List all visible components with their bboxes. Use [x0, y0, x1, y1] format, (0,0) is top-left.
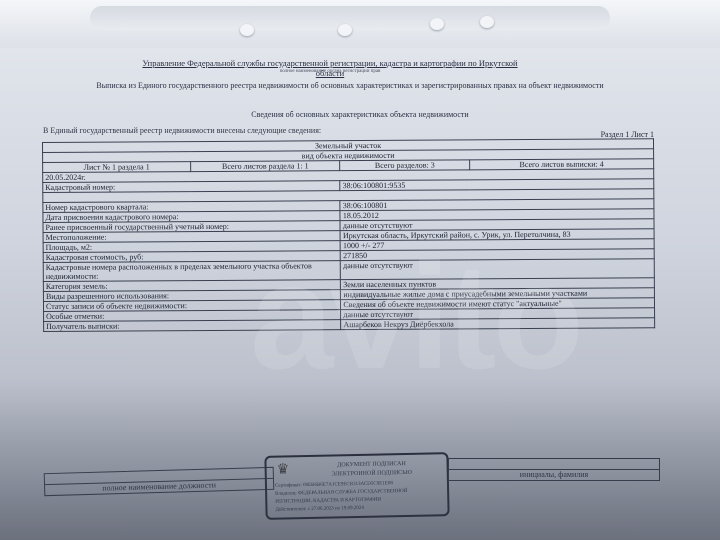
section-title: Сведения об основных характеристиках объ…: [150, 110, 570, 119]
document-page: Управление Федеральной службы государств…: [0, 0, 720, 540]
position-signature-box: полное наименование должности: [44, 467, 275, 496]
intro-text: В Единый государственный реестр недвижим…: [43, 126, 321, 135]
agency-caption: полное наименование органа регистрации п…: [130, 69, 530, 74]
extract-title: Выписка из Единого государственного реес…: [40, 81, 660, 90]
agency-name: Управление Федеральной службы государств…: [130, 58, 530, 78]
name-signature-box: инициалы, фамилия: [448, 458, 660, 481]
name-caption: инициалы, фамилия: [449, 470, 659, 480]
property-table: Земельный участок вид объекта недвижимос…: [42, 138, 655, 332]
coat-of-arms-icon: ♛: [276, 461, 289, 478]
electronic-signature-stamp: ♛ ДОКУМЕНТ ПОДПИСАН ЭЛЕКТРОННОЙ ПОДПИСЬЮ…: [264, 452, 449, 520]
